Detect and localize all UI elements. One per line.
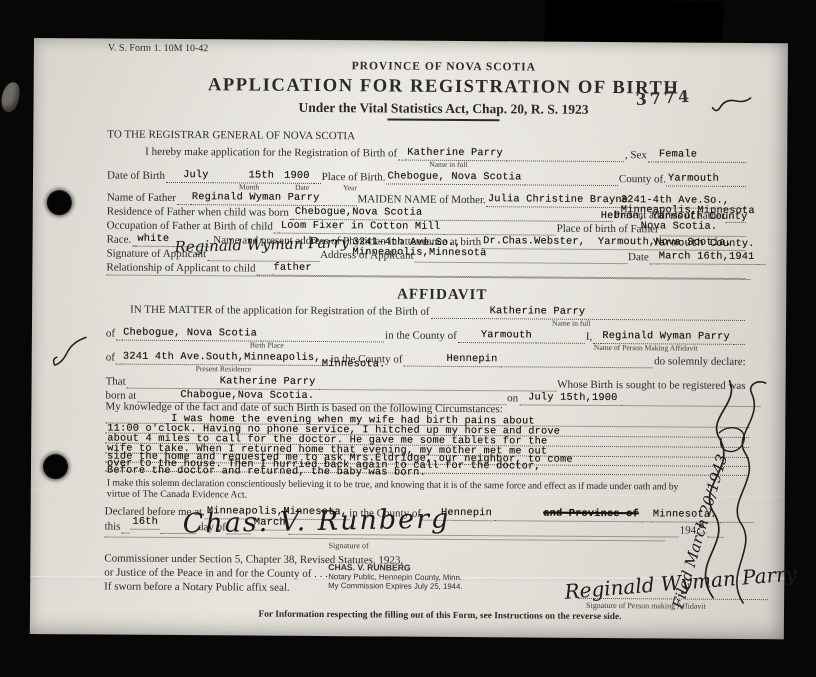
mother-maiden-label: MAIDEN NAME of Mother. xyxy=(357,193,485,207)
checkmark-annotation-top xyxy=(709,95,753,115)
notary-stamp: CHAS. V. RUNBERG Notary Public, Hennepin… xyxy=(328,562,463,591)
that-label: That xyxy=(106,376,126,389)
father-name-value: Reginald Wyman Parry xyxy=(190,191,322,206)
present-residence-hint: Present Residence xyxy=(196,364,252,373)
this-label: this xyxy=(105,521,121,534)
relationship-value: father xyxy=(271,262,313,276)
race-value: white xyxy=(135,233,171,247)
born-on-value: July 15th,1900 xyxy=(526,391,619,406)
affidavit-row-birthplace: ofChebogue, Nova Scotiain the County ofY… xyxy=(106,327,746,345)
birth-registration-form-paper: V. S. Form 1. 10M 10-42 PROVINCE OF NOVA… xyxy=(30,38,788,639)
footer-note: For Information respecting the filling o… xyxy=(90,608,790,623)
scanned-document-page: { "header": { "form_number": "V. S. Form… xyxy=(0,0,816,677)
addressee-line: TO THE REGISTRAR GENERAL OF NOVA SCOTIA xyxy=(107,129,355,143)
affidavit-name-in-full-hint: Name in full xyxy=(552,319,590,328)
name-in-full-hint: Name in full xyxy=(429,160,467,169)
father-birthplace-value: Hebron, Yarmouth CountyNova Scotia. xyxy=(601,211,748,232)
intro-label: I hereby make application for the Regist… xyxy=(145,146,397,161)
sex-value: Female xyxy=(657,148,699,162)
of-label-2: of xyxy=(106,352,115,365)
province-heading: PROVINCE OF NOVA SCOTIA xyxy=(94,58,794,75)
matter-label: IN THE MATTER of the application for Reg… xyxy=(130,304,430,319)
father-occupation-value: Loom Fixer in Cotton Mill xyxy=(279,220,443,235)
application-date-value: March 16th,1941 xyxy=(657,250,757,265)
scanner-edge-blob xyxy=(0,81,21,113)
sex-label: , Sex xyxy=(625,149,647,162)
applicant-address-value: 3241-4th Ave.So.,Minneapolis,Minnesota xyxy=(352,237,486,258)
punch-hole-bottom xyxy=(43,454,68,479)
declarant-hint: Name of Person Making Affidavit xyxy=(594,343,698,353)
i-label: I, xyxy=(586,331,593,344)
checkmark-annotation-left xyxy=(50,334,94,368)
affidavit-birthplace-value: Chebogue, Nova Scotia xyxy=(121,327,259,342)
father-occupation-label: Occupation of Father at Birth of child xyxy=(107,220,273,234)
mother-maiden-value: Julia Christine Brayne xyxy=(486,193,630,208)
declaration-line-2: virtue of The Canada Evidence Act. xyxy=(107,489,247,501)
birth-place-hint: Birth Place xyxy=(250,341,284,350)
year-hint: Year xyxy=(343,183,357,192)
file-number-stamp: 3774 xyxy=(635,87,693,110)
form-number: V. S. Form 1. 10M 10-42 xyxy=(108,43,208,55)
province-struck-text: and Province of xyxy=(541,508,641,523)
application-row-birthdate: Date of BirthJuly15th1900Place of Birth.… xyxy=(107,169,747,187)
race-label: Race. xyxy=(107,234,132,247)
month-hint: Month xyxy=(239,182,259,191)
signature-of-hint: Signature of xyxy=(328,541,368,550)
of-label-1: of xyxy=(106,328,115,341)
day-hint: Date xyxy=(295,183,309,192)
county-value: Yarmouth xyxy=(666,172,721,186)
notary-signature-handwriting: Chas. V. Runberg xyxy=(182,503,450,539)
justice-line: or Justice of the Peace in and for the C… xyxy=(104,567,328,581)
subtitle-rule xyxy=(387,118,499,121)
notary-stamp-expiry: My Commission Expires July 25, 1944. xyxy=(328,581,462,591)
birth-month-value: July xyxy=(181,169,211,183)
birth-year-value: 1900 xyxy=(282,170,312,184)
physician-value-line2: Yarmouth County. xyxy=(653,238,755,249)
father-residence-label: Residence of Father when child was born xyxy=(107,206,289,220)
affidavit-child-name: Katherine Parry xyxy=(488,305,588,320)
that-name-value: Katherine Parry xyxy=(218,375,318,390)
father-residence-value: Chebogue,Nova Scotia xyxy=(293,206,425,221)
punch-hole-top xyxy=(47,190,72,215)
date-of-birth-label: Date of Birth xyxy=(107,170,165,183)
place-of-birth-value: Chebogue, Nova Scotia xyxy=(385,170,523,185)
residence-value-line2: Minnesota. xyxy=(322,359,386,369)
county-label: County of. xyxy=(619,173,666,186)
in-county-label-1: in the County of xyxy=(385,329,457,343)
declare-label: do solemnly declare: xyxy=(654,355,746,369)
residence-county-value: Hennepin xyxy=(444,353,499,367)
declared-day-value: 16th xyxy=(130,516,160,530)
seal-line: If sworn before a Notary Public affix se… xyxy=(104,581,290,594)
application-row-name: I hereby make application for the Regist… xyxy=(107,145,747,163)
birth-county-value: Yarmouth xyxy=(479,329,534,343)
on-label: on xyxy=(507,392,518,405)
relationship-label: Relationship of Applicant to child xyxy=(106,262,255,276)
application-date-label: Date xyxy=(628,251,649,264)
registrar-signature-handwriting xyxy=(658,372,790,608)
father-name-label: Name of Father xyxy=(107,192,176,205)
statement-line-7: Before the doctor and returned, the baby… xyxy=(107,466,426,478)
